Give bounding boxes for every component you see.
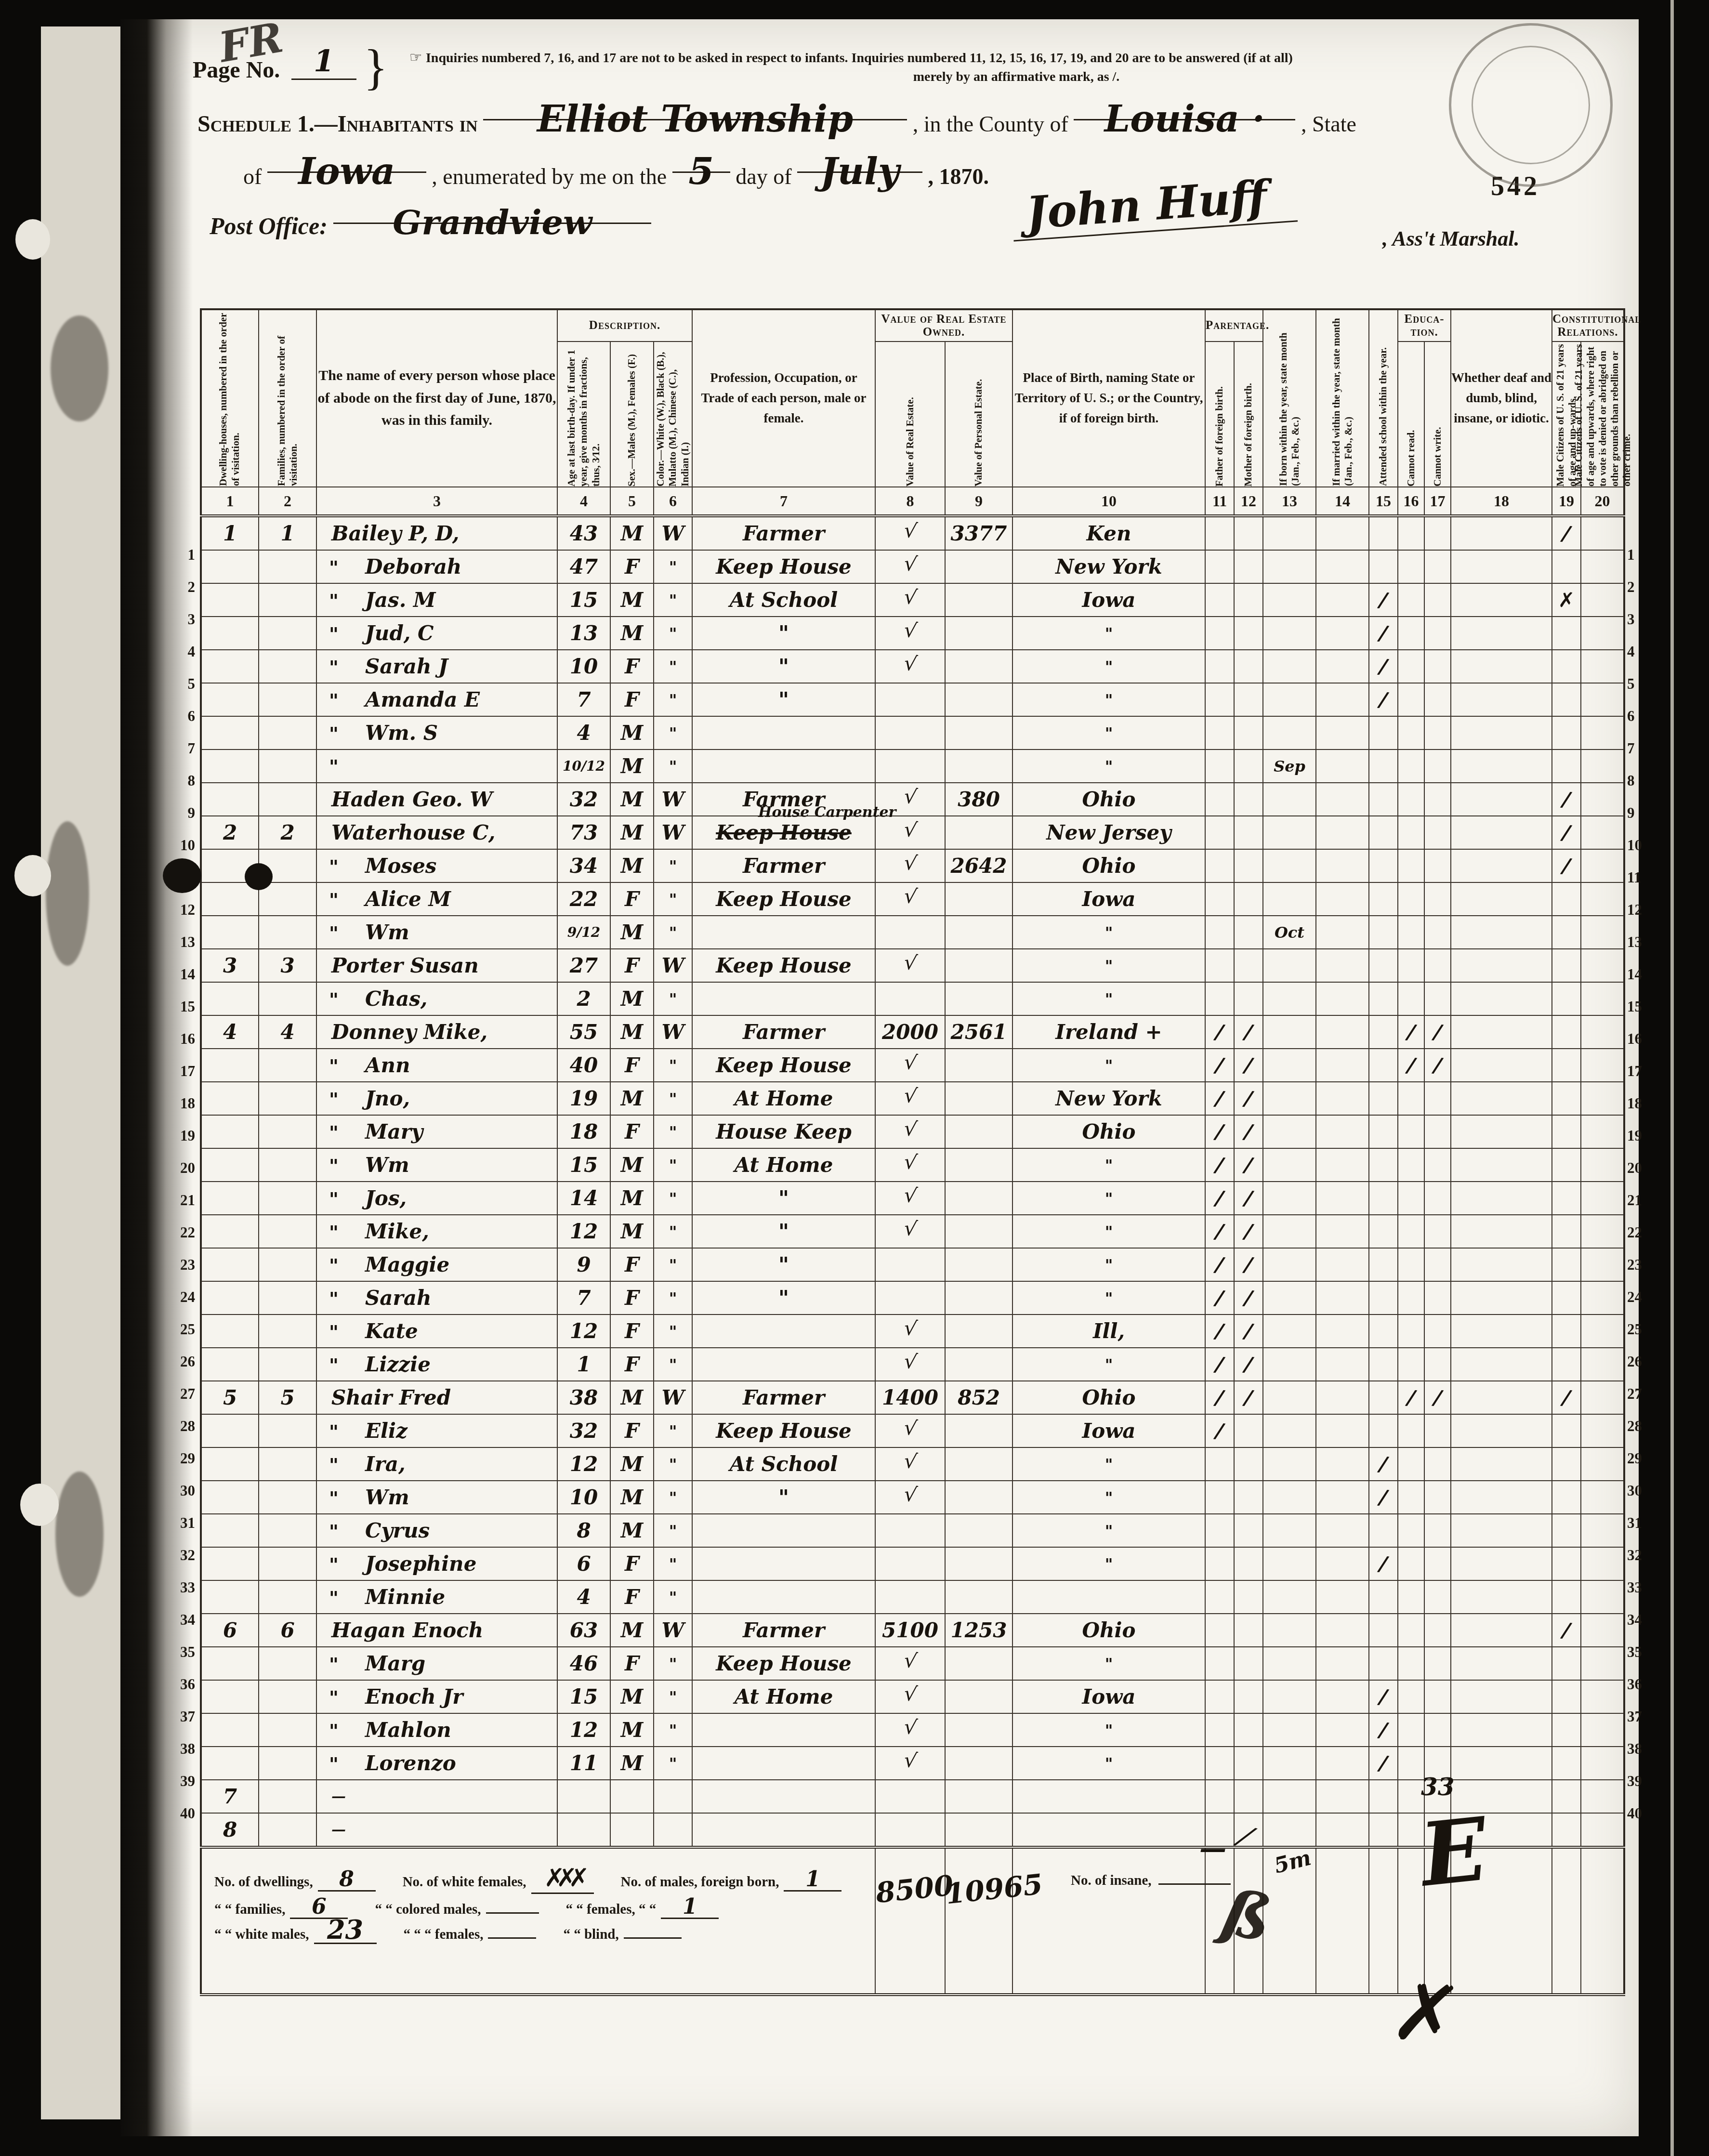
cell-dw [201, 1082, 259, 1115]
cell-mc: / [1552, 1614, 1581, 1647]
cell-pe [945, 716, 1012, 749]
cell-name: Donney Mike, [316, 1015, 557, 1049]
cell-occ: " [692, 650, 875, 683]
cell-fam [259, 1481, 316, 1514]
cell-value: 15 [570, 1685, 598, 1709]
person-name: — [331, 1788, 345, 1805]
table-row: 11Bailey P, D,43MWFarmer√3377Ken/ [201, 516, 1624, 550]
cell-col: " [654, 982, 692, 1015]
cell-sex: M [610, 1215, 654, 1248]
cell-dd [1451, 849, 1552, 882]
cell-value: " [1105, 1056, 1113, 1075]
cell-pob: Ohio [1012, 1115, 1205, 1148]
cell-dd [1451, 683, 1552, 716]
cell-value: M [621, 1751, 644, 1775]
cell-value: " [1105, 724, 1113, 742]
row-number: 28 [1627, 1410, 1656, 1442]
table-row: 22Waterhouse C,73MWHouse CarpenterKeep H… [201, 816, 1624, 849]
cell-md [1581, 749, 1624, 783]
row-number: 31 [166, 1507, 195, 1539]
cell-m [1234, 1713, 1263, 1747]
cell-value: 18 [570, 1120, 598, 1144]
cell-bm [1263, 1015, 1316, 1049]
cell-value: / [1379, 687, 1388, 711]
col-header-personal-estate: Value of Personal Estate. [945, 342, 1012, 487]
cell-sex: M [610, 849, 654, 882]
cell-dd [1451, 1315, 1552, 1348]
table-row: "Ira,12M"At School√"/ [201, 1447, 1624, 1481]
person-name: Sarah J [365, 655, 448, 678]
cell-cr [1398, 516, 1424, 550]
cell-value: M [621, 987, 644, 1011]
males-foreign-label: No. of males, foreign born, [621, 1874, 779, 1890]
table-row: "Enoch Jr15M"At Home√Iowa/ [201, 1680, 1624, 1713]
families-label: “ “ families, [214, 1902, 285, 1918]
cell-fam [259, 1248, 316, 1281]
row-number: 25 [1627, 1313, 1656, 1345]
cell-fam [259, 1115, 316, 1148]
cell-value: 34 [570, 854, 598, 878]
cell-sch [1369, 1348, 1398, 1381]
cell-value: 5100 [882, 1618, 938, 1642]
cell-dw [201, 1747, 259, 1780]
column-number: 14 [1316, 487, 1369, 516]
row-number: 13 [166, 926, 195, 958]
cell-mc [1552, 1215, 1581, 1248]
cell-sch [1369, 1647, 1398, 1680]
cell-mc [1552, 1182, 1581, 1215]
cell-mc [1552, 716, 1581, 749]
cell-age: 7 [557, 1281, 610, 1315]
cell-value: " [1105, 624, 1113, 643]
column-number: 8 [875, 487, 945, 516]
cell-sch [1369, 982, 1398, 1015]
cell-value: 7 [577, 688, 591, 711]
cell-name: "Jno, [316, 1082, 557, 1115]
cell-m: / [1234, 1115, 1263, 1148]
ditto-mark: " [317, 689, 351, 711]
cell-value: M [621, 821, 644, 844]
cell-sch [1369, 1614, 1398, 1647]
cell-fam [259, 583, 316, 617]
row-number: 31 [1627, 1507, 1656, 1539]
cell-dd [1451, 1713, 1552, 1747]
cell-fam [259, 683, 316, 716]
cell-cw [1424, 1614, 1451, 1647]
cell-value: 1 [223, 522, 237, 545]
cell-bm [1263, 1747, 1316, 1780]
cell-mm [1316, 849, 1369, 882]
cell-sch [1369, 1780, 1398, 1813]
cell-age: 38 [557, 1381, 610, 1414]
person-name: Cyrus [365, 1519, 430, 1542]
cell-value: W [661, 954, 684, 977]
cell-pob [1012, 1780, 1205, 1813]
cell-value: F [625, 1652, 639, 1675]
column-number: 18 [1451, 487, 1552, 516]
cell-value: / [1379, 1551, 1388, 1576]
cell-bm [1263, 1647, 1316, 1680]
cell-value: / [1379, 654, 1388, 678]
col-header-cannot-write: Cannot write. [1424, 342, 1451, 487]
cell-re [875, 1580, 945, 1614]
cell-re [875, 749, 945, 783]
cell-value: Ill, [1093, 1319, 1125, 1343]
cell-sch: / [1369, 1713, 1398, 1747]
cell-value: M [621, 1618, 644, 1642]
cell-m [1234, 683, 1263, 716]
cell-name: "Chas, [316, 982, 557, 1015]
cell-cr [1398, 882, 1424, 916]
col-header-profession: Profession, Occupation, or Trade of each… [692, 309, 875, 487]
cell-occ [692, 716, 875, 749]
cell-mm [1316, 882, 1369, 916]
table-row: "Minnie4F" [201, 1580, 1624, 1614]
cell-value: 1 [280, 522, 294, 545]
cell-value: 5 [223, 1386, 237, 1409]
cell-md [1581, 1747, 1624, 1780]
cell-dd [1451, 882, 1552, 916]
cell-dw: 4 [201, 1015, 259, 1049]
cell-pe [945, 1680, 1012, 1713]
cell-re: √ [875, 1315, 945, 1348]
cell-pob: Ohio [1012, 849, 1205, 882]
cell-sex: M [610, 1747, 654, 1780]
cell-f [1205, 1580, 1234, 1614]
cell-re: √ [875, 516, 945, 550]
cell-sex: F [610, 1315, 654, 1348]
cell-occ [692, 982, 875, 1015]
person-name: Mike, [365, 1220, 429, 1243]
row-number: 27 [166, 1378, 195, 1410]
cell-value: / [1562, 820, 1571, 844]
cell-pob: " [1012, 749, 1205, 783]
month-value: July [797, 171, 922, 173]
cell-dw [201, 617, 259, 650]
cell-sch: / [1369, 1680, 1398, 1713]
cell-m [1234, 617, 1263, 650]
person-name: Waterhouse C, [331, 821, 495, 844]
cell-cw [1424, 982, 1451, 1015]
cell-value: / [1244, 1352, 1253, 1376]
cell-value: " [669, 1355, 677, 1374]
cell-value: " [1105, 1555, 1113, 1573]
person-name: Enoch Jr [365, 1685, 463, 1709]
cell-pob: Ill, [1012, 1315, 1205, 1348]
cell-value: / [1379, 588, 1388, 612]
cell-col: " [654, 849, 692, 882]
cell-fam [259, 916, 316, 949]
ditto-mark: " [317, 855, 351, 877]
occupation: Keep House [716, 1652, 852, 1675]
cell-dd [1451, 617, 1552, 650]
cell-dd [1451, 1248, 1552, 1281]
cell-value: M [621, 1486, 644, 1509]
cell-sch [1369, 749, 1398, 783]
cell-age: 22 [557, 882, 610, 916]
cell-dw: 1 [201, 516, 259, 550]
row-number: 30 [166, 1474, 195, 1507]
left-row-numbers: 1234567891011121314151617181920212223242… [166, 539, 195, 1829]
cell-re: √ [875, 1481, 945, 1514]
cell-dd [1451, 1647, 1552, 1680]
table-row: Haden Geo. W32MWFarmer√380Ohio/ [201, 783, 1624, 816]
totals-line-1: No. of dwellings, 8 No. of white females… [214, 1863, 875, 1894]
cell-value: " [669, 1688, 677, 1706]
cell-value: M [621, 1020, 644, 1044]
cell-sch [1369, 816, 1398, 849]
post-office-label: Post Office: [210, 212, 328, 239]
table-row: "Moses34M"Farmer√2642Ohio/ [201, 849, 1624, 882]
cell-sex: F [610, 1414, 654, 1447]
table-row: "Jos,14M""√"// [201, 1182, 1624, 1215]
cell-value: 32 [570, 1419, 598, 1443]
cell-value: F [625, 1319, 639, 1343]
cell-m [1234, 949, 1263, 982]
cell-value: 12 [570, 1220, 598, 1243]
cell-mc [1552, 1514, 1581, 1547]
cell-mc [1552, 550, 1581, 583]
cell-dd [1451, 816, 1552, 849]
cell-bm [1263, 1148, 1316, 1182]
cell-pob: New York [1012, 1082, 1205, 1115]
cell-cw [1424, 1713, 1451, 1747]
row-number: 6 [166, 700, 195, 732]
cell-f [1205, 916, 1234, 949]
cell-occ [692, 1580, 875, 1614]
cell-dd [1451, 1680, 1552, 1713]
cell-value: F [625, 688, 639, 711]
cell-sch: / [1369, 1481, 1398, 1514]
cell-m: / [1234, 1315, 1263, 1348]
cell-sex: M [610, 583, 654, 617]
cell-pe [945, 683, 1012, 716]
cell-m [1234, 1580, 1263, 1614]
cell-value: " [669, 558, 677, 576]
cell-value: " [669, 1655, 677, 1673]
cell-cw: / [1424, 1381, 1451, 1414]
cell-age: 63 [557, 1614, 610, 1647]
cell-value: √ [903, 1648, 919, 1673]
cell-mc [1552, 1713, 1581, 1747]
cell-value: " [669, 624, 677, 643]
column-number: 1 [201, 487, 259, 516]
cell-f [1205, 849, 1234, 882]
occupation: At School [730, 1452, 838, 1476]
cell-mc [1552, 1148, 1581, 1182]
row-number: 24 [1627, 1281, 1656, 1313]
cell-pob [1012, 1813, 1205, 1847]
post-office-value: Grandview [333, 223, 651, 224]
cell-fam [259, 1447, 316, 1481]
cell-occ: At Home [692, 1082, 875, 1115]
cell-value: 73 [570, 821, 598, 844]
person-name: Lizzie [365, 1353, 431, 1376]
cell-name: "Sarah J [316, 650, 557, 683]
state-value: Iowa [267, 171, 426, 173]
cell-f [1205, 949, 1234, 982]
cell-name: "Cyrus [316, 1514, 557, 1547]
cell-dd [1451, 1281, 1552, 1315]
ditto-mark: " [317, 1753, 351, 1775]
cell-sch [1369, 1414, 1398, 1447]
cell-age: 46 [557, 1647, 610, 1680]
cell-fam: 6 [259, 1614, 316, 1647]
cell-cw [1424, 1680, 1451, 1713]
cell-cr [1398, 1348, 1424, 1381]
cell-cw [1424, 716, 1451, 749]
cell-fam [259, 1780, 316, 1813]
cell-fam [259, 982, 316, 1015]
cell-md [1581, 1348, 1624, 1381]
cell-sch [1369, 1248, 1398, 1281]
cell-dd [1451, 1580, 1552, 1614]
row-number: 16 [1627, 1023, 1656, 1055]
cell-value: / [1244, 1319, 1253, 1343]
cell-value: " [1105, 1488, 1113, 1507]
census-table: Dwelling-houses, numbered in the order o… [200, 308, 1625, 1996]
cell-cr [1398, 1580, 1424, 1614]
cell-value: / [1244, 1385, 1253, 1409]
row-number: 28 [166, 1410, 195, 1442]
cell-mm [1316, 516, 1369, 550]
cell-col: " [654, 749, 692, 783]
cell-value: 10 [570, 1486, 598, 1509]
table-row: "Cyrus8M"" [201, 1514, 1624, 1547]
schedule-line: Schedule 1.—Inhabitants in Elliot Townsh… [197, 111, 1623, 137]
table-row: "Ann40F"Keep House√"//// [201, 1049, 1624, 1082]
cell-md [1581, 1780, 1624, 1813]
cell-cw [1424, 849, 1451, 882]
column-number-row: 1234567891011121314151617181920 [201, 487, 1624, 516]
cell-occ: Keep House [692, 949, 875, 982]
cell-f [1205, 650, 1234, 683]
cell-value: / [1244, 1153, 1253, 1177]
cell-value: " [669, 857, 677, 875]
cell-md [1581, 1148, 1624, 1182]
row-number: 26 [166, 1345, 195, 1378]
table-row: 8— [201, 1813, 1624, 1847]
cell-value: 7 [223, 1785, 237, 1808]
cell-age: 10/12 [557, 749, 610, 783]
cell-occ [692, 916, 875, 949]
cell-value: / [1244, 1086, 1253, 1110]
cell-re [875, 982, 945, 1015]
cell-dw [201, 1049, 259, 1082]
cell-sex: M [610, 749, 654, 783]
ditto-mark: " [317, 723, 351, 744]
row-number: 29 [166, 1442, 195, 1474]
cell-md [1581, 816, 1624, 849]
cell-value: W [661, 1386, 684, 1409]
cell-m [1234, 882, 1263, 916]
person-name: Lorenzo [365, 1751, 456, 1775]
ditto-mark: " [317, 623, 351, 644]
cell-cw [1424, 516, 1451, 550]
ditto-mark: " [317, 1321, 351, 1342]
ink-blob [163, 858, 201, 893]
cell-dd [1451, 1049, 1552, 1082]
day-value: 5 [672, 171, 730, 173]
cell-md [1581, 583, 1624, 617]
cell-re: √ [875, 1414, 945, 1447]
cell-value: 1 [577, 1353, 591, 1376]
cell-value: 13 [570, 621, 598, 645]
cell-re: 5100 [875, 1614, 945, 1647]
row-number: 33 [166, 1571, 195, 1604]
cell-col: " [654, 550, 692, 583]
cell-cr [1398, 1414, 1424, 1447]
cell-col [654, 1780, 692, 1813]
cell-f [1205, 1680, 1234, 1713]
cell-re: √ [875, 882, 945, 916]
cell-value: 47 [570, 555, 598, 578]
cell-pe [945, 1248, 1012, 1281]
totals-line-2: “ “ families, 6 “ “ colored males, “ “ f… [214, 1902, 875, 1919]
cell-dw: 8 [201, 1813, 259, 1847]
cell-sex: F [610, 683, 654, 716]
footer-empty-20 [1581, 1847, 1624, 1995]
cell-age: 27 [557, 949, 610, 982]
cell-occ: " [692, 683, 875, 716]
cell-value: F [625, 1419, 639, 1443]
cell-value: " [669, 1522, 677, 1540]
cell-sex: M [610, 1082, 654, 1115]
cell-value: M [621, 1153, 644, 1177]
cell-value: 3 [223, 954, 237, 977]
row-number: 32 [166, 1539, 195, 1571]
cell-value: √ [903, 1116, 919, 1141]
cell-age: 14 [557, 1182, 610, 1215]
cell-mc [1552, 882, 1581, 916]
cell-value: " [669, 1123, 677, 1141]
cell-age: 13 [557, 617, 610, 650]
cell-col: " [654, 1580, 692, 1614]
scan-left-strip [41, 26, 122, 2119]
cell-value: New York [1055, 555, 1162, 578]
column-number: 5 [610, 487, 654, 516]
cell-sch [1369, 516, 1398, 550]
cell-pob: Iowa [1012, 1680, 1205, 1713]
cell-value: Iowa [1082, 1419, 1136, 1443]
cell-col: W [654, 1015, 692, 1049]
cell-cw [1424, 1547, 1451, 1580]
cell-pe [945, 1713, 1012, 1747]
row-number: 1 [1627, 539, 1656, 571]
cell-cw [1424, 1447, 1451, 1481]
cell-value: √ [903, 1216, 919, 1241]
state-label: , State [1301, 112, 1356, 136]
cell-cw: / [1424, 1049, 1451, 1082]
ditto-mark: " [317, 1587, 351, 1608]
cell-cw [1424, 1281, 1451, 1315]
occupation: Farmer [743, 1618, 825, 1642]
occupation: " [778, 1220, 789, 1243]
cell-col: " [654, 1647, 692, 1680]
cell-re: √ [875, 1747, 945, 1780]
column-number: 15 [1369, 487, 1398, 516]
cell-value: 4 [280, 1020, 294, 1044]
column-number: 20 [1581, 487, 1624, 516]
page-no-value: 1 [291, 43, 356, 80]
cell-occ: " [692, 1481, 875, 1514]
person-name: Haden Geo. W [331, 788, 492, 811]
cell-name: "Kate [316, 1315, 557, 1348]
row-number: 27 [1627, 1378, 1656, 1410]
cell-sch [1369, 783, 1398, 816]
cell-value: 12 [570, 1718, 598, 1742]
cell-occ: At School [692, 583, 875, 617]
